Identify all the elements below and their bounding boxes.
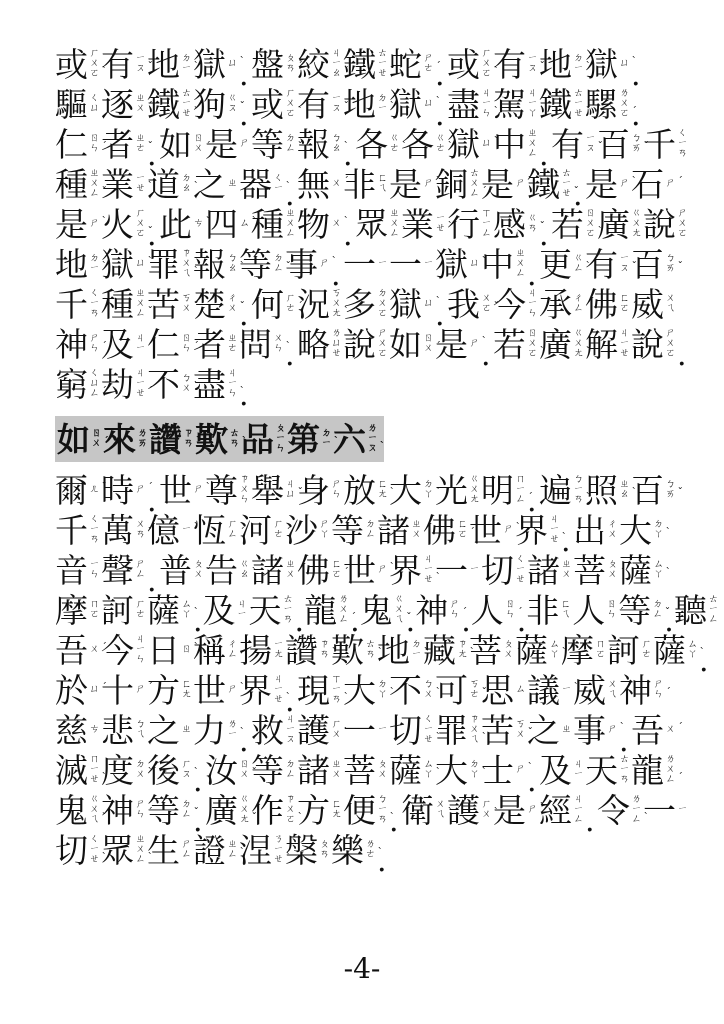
zhuyin-annotation: ㄗㄨㄛˋ <box>284 795 297 825</box>
han-character-cell: 廣ㄍㄨㄤˇ <box>539 324 585 364</box>
zhuyin-annotation: ㄕˋ <box>88 219 101 229</box>
han-character-cell: 於ㄩˊ <box>55 670 101 710</box>
han-character-cell: 之ㄓ <box>527 710 573 750</box>
zhuyin-annotation: ㄕˋ <box>618 179 631 189</box>
zhuyin-annotation: ㄖㄨˊ <box>192 134 205 154</box>
text-line: 或ㄏㄨㄛˋ有ㄧㄡˇ地ㄉㄧˋ獄ㄩˋ.盤ㄆㄢˊ絞ㄐㄧㄠˇ鐵ㄊㄧㄝˇ蛇ㄕㄜˊ.或ㄏㄨㄛ… <box>55 44 703 84</box>
han-character-cell: 之ㄓ <box>147 710 193 750</box>
zhuyin-annotation: ㄩˋ <box>422 299 435 309</box>
zhuyin-tone-mark: ˋ <box>494 66 500 77</box>
zhuyin-annotation: ㄌㄨㄥˊ <box>337 595 350 625</box>
zhuyin-annotation: ㄑㄧㄝˋ <box>422 715 435 745</box>
zhuyin-annotation: ㄓㄜˇ <box>134 134 147 154</box>
han-character-cell: 說ㄕㄨㄛ <box>631 324 677 364</box>
zhuyin-tone-mark: ˋ <box>148 852 154 863</box>
zhuyin-tone-mark: ˇ <box>378 527 384 538</box>
han-character-cell: 沙ㄕㄚ <box>285 510 331 550</box>
zhuyin-annotation: ㄑㄧˋ <box>272 174 285 194</box>
zhuyin-annotation: ㄕˋ <box>502 525 515 535</box>
zhuyin-annotation: ㄙㄚˋ <box>686 640 699 660</box>
han-character-cell: 說ㄕㄨㄛ <box>643 204 689 244</box>
zhuyin-tone-mark: ˋ <box>334 436 340 447</box>
zhuyin-tone-mark: ˇ <box>574 186 580 197</box>
zhuyin-tone-mark: ˋ <box>436 767 442 778</box>
han-character: 器 <box>239 168 272 201</box>
zhuyin-annotation: ㄉㄧˋ <box>320 429 333 449</box>
han-character-cell: 薩ㄙㄚˋ <box>147 590 193 630</box>
han-character-cell: 滅ㄇㄧㄝˋ <box>55 750 101 790</box>
zhuyin-annotation: ㄐㄧㄥ <box>572 795 585 825</box>
zhuyin-annotation: ㄕㄣˊ <box>88 334 101 354</box>
zhuyin-annotation: ㄑㄧㄝˋ <box>514 555 527 585</box>
zhuyin-tone-mark: ˋ <box>632 487 638 498</box>
han-character-cell: 摩ㄇㄛˊ <box>55 590 101 630</box>
zhuyin-annotation: ㄐㄧㄝˊ <box>134 369 147 399</box>
zhuyin-annotation: ㄖㄨˊ <box>422 334 435 354</box>
han-character-cell: 百ㄅㄞˇ <box>597 124 643 164</box>
zhuyin-annotation: ㄕˊ <box>664 179 677 189</box>
zhuyin-tone-mark: ˇ <box>406 612 412 623</box>
zhuyin-tone-mark: ˇ <box>240 341 246 352</box>
han-character-cell: 說ㄕㄨㄛ <box>343 324 389 364</box>
zhuyin-annotation: ㄖㄨㄛˋ <box>526 329 539 359</box>
zhuyin-annotation: ㄖㄣˊ <box>180 334 193 354</box>
han-character-cell: 界ㄐㄧㄝˋ <box>239 670 285 710</box>
zhuyin-tone-mark: ˇ <box>586 106 592 117</box>
han-character-cell: 光ㄍㄨㄤ <box>435 470 481 510</box>
zhuyin-annotation: ㄉㄚˋ <box>376 680 389 700</box>
han-character: 逐 <box>101 88 134 121</box>
punctuation: . <box>389 786 401 834</box>
han-character-cell: 切ㄑㄧㄝˋ <box>481 550 527 590</box>
zhuyin-tone-mark: ˋ <box>540 802 546 813</box>
zhuyin-tone-mark: ˋ <box>470 647 476 658</box>
zhuyin-tone-mark: ˊ <box>678 176 684 187</box>
han-character: 千 <box>55 514 88 547</box>
han-character-cell: 薩ㄙㄚˋ <box>619 550 665 590</box>
zhuyin-annotation: ㄕㄨㄛ <box>664 329 677 359</box>
zhuyin-tone-mark: ˋ <box>620 722 626 733</box>
zhuyin-tone-mark: ˇ <box>678 261 684 272</box>
han-character: 一 <box>389 248 422 281</box>
han-character-cell: 天ㄊㄧㄢ <box>249 590 295 630</box>
zhuyin-annotation: ㄆㄨˊ <box>606 560 619 580</box>
zhuyin-tone-mark: ˇ <box>148 141 154 152</box>
zhuyin-annotation: ㄆㄨˊ <box>502 640 515 660</box>
han-character-cell: 我ㄨㄛˇ <box>447 284 493 324</box>
zhuyin-annotation: ㄅㄞˇ <box>630 134 643 154</box>
han-character-cell: 可ㄎㄜˇ <box>435 670 481 710</box>
zhuyin-tone-mark: ˋ <box>390 812 396 823</box>
han-character-cell: 獄ㄩˋ <box>193 44 239 84</box>
zhuyin-annotation: ㄍㄨㄟˇ <box>88 795 101 825</box>
han-character-cell: 有ㄧㄡˇ <box>585 244 631 284</box>
han-character: 神 <box>415 594 448 627</box>
han-character: 世 <box>193 674 226 707</box>
han-character-cell: 方ㄈㄤ <box>147 670 193 710</box>
han-character-cell: 現ㄒㄧㄢˋ <box>297 670 343 710</box>
han-character: 吾 <box>55 634 88 667</box>
han-character-cell: 世ㄕˋ <box>469 510 515 550</box>
han-character-cell: 蛇ㄕㄜˊ <box>389 44 435 84</box>
text-line: 吾ㄨˊ今ㄐㄧㄣ日ㄖˋ稱ㄔㄥ揚ㄧㄤˊ讚ㄗㄢˋ歎ㄊㄢˋ地ㄉㄧˋ藏ㄗㄤˋ菩ㄆㄨˊ薩ㄙㄚ… <box>55 630 703 670</box>
han-character: 慈 <box>55 714 88 747</box>
han-character-cell: 大ㄉㄚˋ <box>435 750 481 790</box>
zhuyin-annotation: ㄩˋ <box>226 59 239 69</box>
han-character-cell: 及ㄐㄧˊ <box>101 324 147 364</box>
zhuyin-tone-mark: ˋ <box>448 221 454 232</box>
text-line: 摩ㄇㄛˊ訶ㄏㄜ薩ㄙㄚˋ.及ㄐㄧˊ天ㄊㄧㄢ.龍ㄌㄨㄥˊ.鬼ㄍㄨㄟˇ.神ㄕㄣˊ.人ㄖ… <box>55 590 703 630</box>
han-character-cell: 一ㄧ <box>435 550 481 590</box>
han-character-cell: 窮ㄑㄩㄥˊ <box>55 364 101 404</box>
zhuyin-annotation: ㄅㄠˋ <box>330 134 343 154</box>
han-character: 窮 <box>55 368 88 401</box>
zhuyin-annotation: ㄕㄣˊ <box>652 680 665 700</box>
zhuyin-tone-mark: ˋ <box>252 567 258 578</box>
han-character-cell: 千ㄑㄧㄢ <box>55 284 101 324</box>
zhuyin-annotation: ㄍㄢˇ <box>526 214 539 234</box>
zhuyin-annotation: ㄅㄞˇ <box>664 254 677 274</box>
han-character: 或 <box>447 48 480 81</box>
han-character: 如 <box>159 128 192 161</box>
paragraph-hell-retributions: 或ㄏㄨㄛˋ有ㄧㄡˇ地ㄉㄧˋ獄ㄩˋ.盤ㄆㄢˊ絞ㄐㄧㄠˇ鐵ㄊㄧㄝˇ蛇ㄕㄜˊ.或ㄏㄨㄛ… <box>55 44 703 404</box>
zhuyin-annotation: ㄓㄨㄥˋ <box>134 835 147 865</box>
han-character-cell: 今ㄐㄧㄣ <box>493 284 539 324</box>
zhuyin-annotation: ㄨˊ <box>330 179 343 189</box>
zhuyin-annotation: ㄐㄩˇ <box>284 480 297 500</box>
zhuyin-tone-mark: ˇ <box>644 226 650 237</box>
zhuyin-tone-mark: ˊ <box>482 186 488 197</box>
han-character: 爾 <box>55 474 88 507</box>
han-character-cell: 非ㄈㄟ <box>343 164 389 204</box>
zhuyin-annotation: ㄐㄧˊ <box>572 760 585 780</box>
zhuyin-annotation: ㄓㄨ <box>560 560 573 580</box>
han-character-cell: 佛ㄈㄛˊ <box>297 550 343 590</box>
zhuyin-tone-mark: ˇ <box>494 301 500 312</box>
zhuyin-annotation: ㄈㄟ <box>559 600 572 620</box>
han-character-cell: 獄ㄩˋ <box>389 284 435 324</box>
han-character-cell: 明ㄇㄧㄥˊ <box>481 470 527 510</box>
zhuyin-tone-mark: ˋ <box>194 181 200 192</box>
zhuyin-annotation: ㄗㄨㄟˋ <box>468 715 481 745</box>
zhuyin-tone-mark: ˋ <box>424 647 430 658</box>
han-character-cell: 薩ㄙㄚˋ <box>389 750 435 790</box>
zhuyin-tone-mark: ˋ <box>344 306 350 317</box>
han-character: 鬼 <box>55 794 88 827</box>
han-character-cell: 大ㄉㄚˋ <box>619 510 665 550</box>
han-character-cell: 世ㄕˋ <box>343 550 389 590</box>
han-character-cell: 薩ㄙㄚˋ <box>515 630 561 670</box>
han-character-cell: 有ㄧㄡˇ <box>551 124 597 164</box>
zhuyin-tone-mark: ˋ <box>562 647 568 658</box>
han-character-cell: 有ㄧㄡˇ <box>101 44 147 84</box>
zhuyin-annotation: ㄧㄡˇ <box>526 54 539 74</box>
han-character-cell: 無ㄨˊ <box>297 164 343 204</box>
zhuyin-tone-mark: ˊ <box>102 682 108 693</box>
han-character-cell: 告ㄍㄠˋ <box>205 550 251 590</box>
han-character-cell: 或ㄏㄨㄛˋ <box>251 84 297 124</box>
han-character-cell: 各ㄍㄜˋ <box>401 124 447 164</box>
zhuyin-tone-mark: ˊ <box>102 607 108 618</box>
zhuyin-annotation: ㄕˋ <box>514 765 527 775</box>
han-character-cell: 訶ㄏㄜ <box>101 590 147 630</box>
zhuyin-tone-mark: ˊ <box>470 527 476 538</box>
han-character-cell: 切ㄑㄧㄝˋ <box>389 710 435 750</box>
zhuyin-annotation: ㄨˋ <box>330 219 343 229</box>
zhuyin-tone-mark: ˋ <box>528 572 534 583</box>
zhuyin-tone-mark: ˋ <box>102 216 108 227</box>
han-character-cell: 火ㄏㄨㄛˇ <box>101 204 147 244</box>
text-line: 仁ㄖㄣˊ者ㄓㄜˇ.如ㄖㄨˊ是ㄕˋ等ㄉㄥˇ報ㄅㄠˋ.各ㄍㄜˋ各ㄍㄜˋ獄ㄩˋ中ㄓㄨㄥ… <box>55 124 703 164</box>
han-character: 何 <box>251 288 284 321</box>
zhuyin-annotation: ㄉㄨˋ <box>134 760 147 780</box>
han-character-cell: 音ㄧㄣ <box>55 550 101 590</box>
zhuyin-annotation: ㄕˊ <box>134 485 147 495</box>
zhuyin-tone-mark: ˇ <box>194 106 200 117</box>
zhuyin-annotation: ㄅㄞˇ <box>664 480 677 500</box>
zhuyin-tone-mark: ˋ <box>436 176 442 187</box>
zhuyin-tone-mark: ˋ <box>252 216 258 227</box>
zhuyin-annotation: ㄉㄧˋ <box>572 54 585 74</box>
zhuyin-annotation: ㄧ <box>468 565 481 575</box>
zhuyin-annotation: ㄏㄜ <box>134 600 147 620</box>
han-character: 鬼 <box>360 594 393 627</box>
han-character-cell: 鐵ㄊㄧㄝˇ <box>147 84 193 124</box>
han-character-cell: 菩ㄆㄨˊ <box>469 630 515 670</box>
zhuyin-tone-mark: ˋ <box>528 762 534 773</box>
han-character-cell: 駕ㄐㄧㄚˋ <box>493 84 539 124</box>
zhuyin-annotation: ㄉㄧˋ <box>376 94 389 114</box>
zhuyin-tone-mark: ˊ <box>632 301 638 312</box>
han-character: 明 <box>481 474 514 507</box>
han-character-cell: 如ㄖㄨˊ <box>57 419 103 459</box>
han-character-cell: 非ㄈㄟ <box>526 590 572 630</box>
zhuyin-annotation: ㄆㄢˊ <box>318 840 331 860</box>
han-character-cell: 廣ㄍㄨㄤˇ <box>205 790 251 830</box>
zhuyin-annotation: ㄅㄨˋ <box>422 680 435 700</box>
zhuyin-tone-mark: ˋ <box>194 61 200 72</box>
zhuyin-annotation: ㄉㄠˋ <box>180 174 193 194</box>
han-character-cell: 等ㄉㄥˇ <box>251 750 297 790</box>
zhuyin-annotation: ㄅㄟ <box>134 720 147 740</box>
han-character-cell: 楚ㄔㄨˇ <box>193 284 239 324</box>
han-character-cell: 訶ㄏㄜ <box>607 630 653 670</box>
zhuyin-tone-mark: ˊ <box>436 341 442 352</box>
zhuyin-tone-mark: ˋ <box>148 527 154 538</box>
han-character-cell: 種ㄓㄨㄥˇ <box>251 204 297 244</box>
zhuyin-tone-mark: ˋ <box>344 141 350 152</box>
zhuyin-tone-mark: ˇ <box>240 101 246 112</box>
zhuyin-tone-mark: ˇ <box>482 687 488 698</box>
han-character: 切 <box>55 834 88 867</box>
zhuyin-annotation: ㄙㄚˋ <box>422 760 435 780</box>
zhuyin-annotation: ㄓㄜˇ <box>226 334 239 354</box>
han-character-cell: 諸ㄓㄨ <box>251 550 297 590</box>
punctuation: . <box>295 586 305 634</box>
zhuyin-annotation: ㄉㄥˇ <box>364 520 377 540</box>
han-character-cell: 衛ㄨㄟˋ <box>401 790 447 830</box>
han-character-cell: 揚ㄧㄤˊ <box>239 630 285 670</box>
han-character: 眾 <box>355 208 388 241</box>
text-line: 是ㄕˋ火ㄏㄨㄛˇ.此ㄘˇ四ㄙˋ種ㄓㄨㄥˇ物ㄨˋ.眾ㄓㄨㄥˋ業ㄧㄝˋ行ㄒㄧㄥˊ感ㄍ… <box>55 204 703 244</box>
zhuyin-annotation: ㄊㄧㄢ <box>282 595 295 625</box>
sutra-page: 或ㄏㄨㄛˋ有ㄧㄡˇ地ㄉㄧˋ獄ㄩˋ.盤ㄆㄢˊ絞ㄐㄧㄠˇ鐵ㄊㄧㄝˇ蛇ㄕㄜˊ.或ㄏㄨㄛ… <box>0 0 724 1024</box>
zhuyin-tone-mark: ˋ <box>436 296 442 307</box>
han-character-cell: 聽ㄊㄧㄥ <box>674 590 720 630</box>
han-character: 獄 <box>389 288 422 321</box>
zhuyin-annotation: ㄓㄠˋ <box>618 480 631 500</box>
han-character-cell: 億ㄧˋ <box>147 510 193 550</box>
han-character-cell: 舉ㄐㄩˇ <box>251 470 297 510</box>
zhuyin-annotation: ㄋㄧㄝˋ <box>272 835 285 865</box>
zhuyin-tone-mark: ˊ <box>249 607 255 618</box>
zhuyin-tone-mark: ˋ <box>344 216 350 227</box>
zhuyin-annotation: ㄨˊ <box>88 645 101 655</box>
zhuyin-tone-mark: ˋ <box>194 642 200 653</box>
han-character-cell: 護ㄏㄨˋ <box>297 710 343 750</box>
zhuyin-annotation: ㄓㄨ <box>284 560 297 580</box>
zhuyin-tone-mark: ˋ <box>378 847 384 858</box>
zhuyin-annotation: ㄌㄜˋ <box>364 840 377 860</box>
zhuyin-annotation: ㄔㄨ <box>606 520 619 540</box>
zhuyin-tone-mark: ˊ <box>194 341 200 352</box>
zhuyin-annotation: ㄧㄝˋ <box>434 214 447 234</box>
zhuyin-tone-mark: ˋ <box>390 562 396 573</box>
zhuyin-tone-mark: ˋ <box>540 346 546 357</box>
han-character: 一 <box>343 248 376 281</box>
han-character: 神 <box>55 328 88 361</box>
zhuyin-annotation: ㄒㄧㄢˋ <box>330 675 343 705</box>
zhuyin-tone-mark: ˊ <box>436 61 442 72</box>
zhuyin-tone-mark: ˋ <box>402 226 408 237</box>
zhuyin-annotation: ㄖㄨˇ <box>238 760 251 780</box>
han-character: 便 <box>343 794 376 827</box>
zhuyin-annotation: ㄍㄨㄤˇ <box>238 795 251 825</box>
zhuyin-annotation: ㄉㄚˋ <box>422 480 435 500</box>
han-character-cell: 諸ㄓㄨ <box>377 510 423 550</box>
han-character-cell: 銅ㄊㄨㄥˊ <box>435 164 481 204</box>
zhuyin-annotation: ㄗㄢˋ <box>318 640 331 660</box>
han-character: 神 <box>619 674 652 707</box>
zhuyin-tone-mark: ˇ <box>390 66 396 77</box>
zhuyin-annotation: ㄖㄣˊ <box>88 134 101 154</box>
zhuyin-tone-mark: ˋ <box>436 487 442 498</box>
han-character-cell: 是ㄕˋ <box>205 124 251 164</box>
han-character-cell: 物ㄨˋ <box>297 204 343 244</box>
zhuyin-tone-mark: ˇ <box>632 346 638 357</box>
han-character: 佛 <box>423 514 456 547</box>
zhuyin-annotation: ㄓㄨㄥˇ <box>134 289 147 319</box>
punctuation: . <box>527 466 539 514</box>
zhuyin-annotation: ㄆㄧㄣˇ <box>274 424 287 454</box>
zhuyin-annotation: ㄐㄧㄣˋ <box>226 369 239 399</box>
zhuyin-tone-mark: ˊ <box>516 647 522 658</box>
han-character-cell: 千ㄑㄧㄢ <box>55 510 101 550</box>
zhuyin-annotation: ㄎㄨˇ <box>514 720 527 740</box>
han-character-cell: 是ㄕˋ <box>435 324 481 364</box>
zhuyin-tone-mark: ˋ <box>390 687 396 698</box>
zhuyin-tone-mark: ˇ <box>206 216 212 227</box>
zhuyin-annotation: ㄏㄜˊ <box>272 520 285 540</box>
zhuyin-tone-mark: ˊ <box>298 61 304 72</box>
zhuyin-tone-mark: ˇ <box>286 261 292 272</box>
zhuyin-tone-mark: ˋ <box>436 687 442 698</box>
han-character-cell: 生ㄕㄥ <box>147 830 193 870</box>
zhuyin-annotation: ㄈㄤˋ <box>376 480 389 500</box>
han-character-cell: 種ㄓㄨㄥˇ <box>101 284 147 324</box>
punctuation: . <box>406 586 416 634</box>
han-character: 薩 <box>653 634 686 667</box>
zhuyin-annotation: ㄐㄧㄝˇ <box>618 329 631 359</box>
zhuyin-tone-mark: ˋ <box>540 106 546 117</box>
han-character: 是 <box>585 168 618 201</box>
han-character: 等 <box>331 514 364 547</box>
han-character-cell: 稱ㄔㄥ <box>193 630 239 670</box>
han-character-cell: 騾ㄌㄨㄛˊ <box>585 84 631 124</box>
zhuyin-annotation: ㄌㄞˊ <box>136 429 149 449</box>
zhuyin-tone-mark: ˋ <box>644 812 650 823</box>
zhuyin-annotation: ㄕˋ <box>514 179 527 189</box>
zhuyin-annotation: ㄗㄢˋ <box>182 429 195 449</box>
han-character-cell: 盡ㄐㄧㄣˋ <box>447 84 493 124</box>
han-character: 及 <box>539 754 572 787</box>
zhuyin-annotation: ㄈㄛˊ <box>330 560 343 580</box>
zhuyin-annotation: ㄕˋ <box>238 139 251 149</box>
zhuyin-annotation: ㄉㄥˇ <box>284 760 297 780</box>
han-character-cell: 此ㄘˇ <box>159 204 205 244</box>
zhuyin-annotation: ㄩˋ <box>468 259 481 269</box>
text-line: 音ㄧㄣ聲ㄕㄥ.普ㄆㄨˇ告ㄍㄠˋ諸ㄓㄨ佛ㄈㄛˊ世ㄕˋ界ㄐㄧㄝˋ一ㄧ切ㄑㄧㄝˋ諸ㄓㄨ… <box>55 550 703 590</box>
han-character-cell: 來ㄌㄞˊ <box>103 419 149 459</box>
zhuyin-tone-mark: ˊ <box>286 527 292 538</box>
zhuyin-tone-mark: ˋ <box>298 106 304 117</box>
zhuyin-annotation: ㄧㄡˇ <box>618 254 631 274</box>
zhuyin-annotation: ㄓㄨㄥ <box>514 249 527 279</box>
han-character-cell: 如ㄖㄨˊ <box>159 124 205 164</box>
han-character-cell: 證ㄓㄥˋ <box>193 830 239 870</box>
zhuyin-annotation: ㄅㄠˋ <box>226 254 239 274</box>
zhuyin-tone-mark: ˋ <box>574 682 580 693</box>
han-character-cell: 後ㄏㄡˋ <box>147 750 193 790</box>
zhuyin-annotation: ㄌㄧㄥˋ <box>630 795 643 825</box>
zhuyin-tone-mark: ˊ <box>678 772 684 783</box>
zhuyin-annotation: ㄨㄣˋ <box>272 334 285 354</box>
zhuyin-tone-mark: ˇ <box>252 767 258 778</box>
han-character-cell: 業ㄧㄝˋ <box>401 204 447 244</box>
zhuyin-annotation: ㄖㄨˊ <box>90 429 103 449</box>
zhuyin-annotation: ㄉㄧˋ <box>88 254 101 274</box>
han-character: 人 <box>572 594 605 627</box>
han-character: 更 <box>539 248 572 281</box>
han-character-cell: 放ㄈㄤˋ <box>343 470 389 510</box>
han-character-cell: 悲ㄅㄟ <box>101 710 147 750</box>
han-character-cell: 日ㄖˋ <box>147 630 193 670</box>
han-character-cell: 第ㄉㄧˋ <box>287 419 333 459</box>
zhuyin-annotation: ㄅㄨˋ <box>180 374 193 394</box>
zhuyin-tone-mark: ˋ <box>586 261 592 272</box>
zhuyin-tone-mark: ˋ <box>194 381 200 392</box>
page-number: -4- <box>0 952 724 986</box>
zhuyin-tone-mark: ˋ <box>196 436 202 447</box>
han-character-cell: 若ㄖㄨㄛˋ <box>493 324 539 364</box>
zhuyin-tone-mark: ˊ <box>678 722 684 733</box>
han-character: 或 <box>55 48 88 81</box>
han-character-cell: 各ㄍㄜˋ <box>355 124 401 164</box>
zhuyin-annotation: ㄉㄥˇ <box>272 254 285 274</box>
zhuyin-annotation: ㄏㄡˋ <box>180 760 193 780</box>
han-character-cell: 槃ㄆㄢˊ <box>285 830 331 870</box>
zhuyin-annotation: ㄐㄧㄣ <box>134 635 147 665</box>
